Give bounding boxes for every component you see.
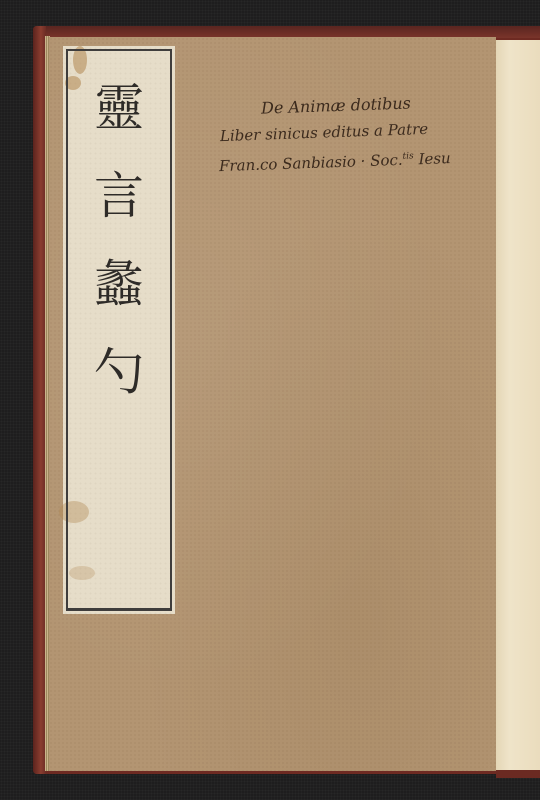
inscription-superscript: tis bbox=[402, 151, 413, 161]
title-char-2: 言 bbox=[94, 152, 144, 240]
title-char-4: 勺 bbox=[94, 328, 144, 416]
inscription-line-3-text: Fran.co Sanbiasio · Soc. bbox=[219, 151, 403, 175]
title-label: 靈 言 蠡 勺 bbox=[63, 46, 175, 614]
latin-inscription: De Animæ dotibus Liber sinicus editus a … bbox=[217, 88, 460, 180]
inscription-line-3-end: Iesu bbox=[418, 149, 451, 168]
leather-binding-bottom bbox=[496, 770, 540, 778]
title-char-1: 靈 bbox=[94, 64, 144, 152]
title-characters: 靈 言 蠡 勺 bbox=[63, 64, 175, 416]
page-edges-right bbox=[496, 40, 540, 770]
title-char-3: 蠡 bbox=[94, 240, 144, 328]
